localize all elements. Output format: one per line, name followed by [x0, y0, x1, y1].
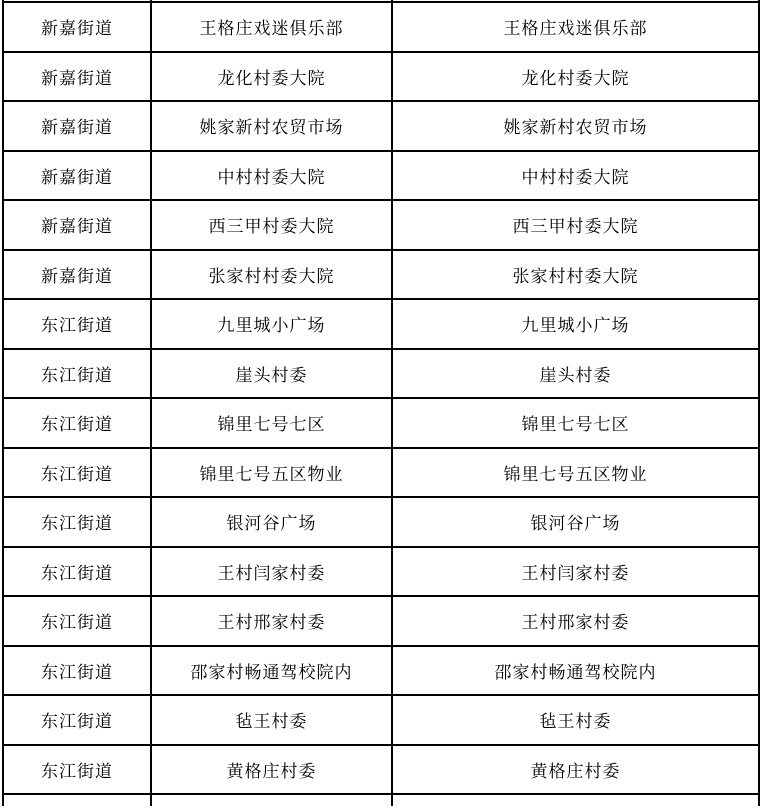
street-cell: 东江街道 [3, 299, 151, 349]
site-confirm-cell: 张家村村委大院 [392, 250, 759, 300]
site-confirm-cell: 黄格庄村委 [392, 745, 759, 795]
table-row: 东江街道银河谷广场银河谷广场 [3, 497, 759, 547]
street-cell: 新嘉街道 [3, 2, 151, 52]
site-cell: 毡王村委 [151, 695, 392, 745]
empty-cell [151, 794, 392, 806]
table-row: 东江街道毡王村委毡王村委 [3, 695, 759, 745]
table-body: 新嘉街道王格庄戏迷俱乐部王格庄戏迷俱乐部新嘉街道龙化村委大院龙化村委大院新嘉街道… [3, 0, 759, 806]
table-row: 新嘉街道龙化村委大院龙化村委大院 [3, 52, 759, 102]
table-row: 新嘉街道中村村委大院中村村委大院 [3, 151, 759, 201]
data-table: 新嘉街道王格庄戏迷俱乐部王格庄戏迷俱乐部新嘉街道龙化村委大院龙化村委大院新嘉街道… [2, 0, 760, 806]
table-row: 东江街道锦里七号五区物业锦里七号五区物业 [3, 448, 759, 498]
site-confirm-cell: 王格庄戏迷俱乐部 [392, 2, 759, 52]
site-cell: 西三甲村委大院 [151, 200, 392, 250]
site-cell: 银河谷广场 [151, 497, 392, 547]
table-row: 东江街道黄格庄村委黄格庄村委 [3, 745, 759, 795]
site-cell: 邵家村畅通驾校院内 [151, 646, 392, 696]
site-confirm-cell: 姚家新村农贸市场 [392, 101, 759, 151]
site-confirm-cell: 王村邢家村委 [392, 596, 759, 646]
site-cell: 姚家新村农贸市场 [151, 101, 392, 151]
empty-cell [392, 794, 759, 806]
site-confirm-cell: 中村村委大院 [392, 151, 759, 201]
table-row: 东江街道崖头村委崖头村委 [3, 349, 759, 399]
site-confirm-cell: 西三甲村委大院 [392, 200, 759, 250]
document-page: 新嘉街道王格庄戏迷俱乐部王格庄戏迷俱乐部新嘉街道龙化村委大院龙化村委大院新嘉街道… [0, 0, 764, 810]
street-cell: 东江街道 [3, 448, 151, 498]
site-confirm-cell: 王村闫家村委 [392, 547, 759, 597]
street-cell: 新嘉街道 [3, 151, 151, 201]
table-row: 东江街道锦里七号七区锦里七号七区 [3, 398, 759, 448]
street-cell: 东江街道 [3, 398, 151, 448]
street-cell: 东江街道 [3, 596, 151, 646]
street-cell: 东江街道 [3, 497, 151, 547]
site-confirm-cell: 崖头村委 [392, 349, 759, 399]
street-cell: 东江街道 [3, 646, 151, 696]
empty-cell [3, 794, 151, 806]
site-cell: 龙化村委大院 [151, 52, 392, 102]
site-cell: 锦里七号五区物业 [151, 448, 392, 498]
site-confirm-cell: 锦里七号五区物业 [392, 448, 759, 498]
partial-row-bottom [3, 794, 759, 806]
table-row: 东江街道王村邢家村委王村邢家村委 [3, 596, 759, 646]
site-cell: 王村邢家村委 [151, 596, 392, 646]
site-confirm-cell: 锦里七号七区 [392, 398, 759, 448]
table-row: 新嘉街道王格庄戏迷俱乐部王格庄戏迷俱乐部 [3, 2, 759, 52]
site-cell: 王村闫家村委 [151, 547, 392, 597]
street-cell: 东江街道 [3, 745, 151, 795]
site-confirm-cell: 龙化村委大院 [392, 52, 759, 102]
street-cell: 新嘉街道 [3, 200, 151, 250]
site-cell: 九里城小广场 [151, 299, 392, 349]
table-row: 东江街道邵家村畅通驾校院内邵家村畅通驾校院内 [3, 646, 759, 696]
site-confirm-cell: 邵家村畅通驾校院内 [392, 646, 759, 696]
street-cell: 东江街道 [3, 695, 151, 745]
street-cell: 东江街道 [3, 349, 151, 399]
street-cell: 东江街道 [3, 547, 151, 597]
site-confirm-cell: 毡王村委 [392, 695, 759, 745]
street-cell: 新嘉街道 [3, 101, 151, 151]
site-cell: 张家村村委大院 [151, 250, 392, 300]
table-row: 新嘉街道姚家新村农贸市场姚家新村农贸市场 [3, 101, 759, 151]
site-cell: 中村村委大院 [151, 151, 392, 201]
table-row: 东江街道九里城小广场九里城小广场 [3, 299, 759, 349]
site-confirm-cell: 九里城小广场 [392, 299, 759, 349]
site-cell: 崖头村委 [151, 349, 392, 399]
site-confirm-cell: 银河谷广场 [392, 497, 759, 547]
table-row: 东江街道王村闫家村委王村闫家村委 [3, 547, 759, 597]
table-row: 新嘉街道西三甲村委大院西三甲村委大院 [3, 200, 759, 250]
street-cell: 新嘉街道 [3, 52, 151, 102]
table-row: 新嘉街道张家村村委大院张家村村委大院 [3, 250, 759, 300]
site-cell: 黄格庄村委 [151, 745, 392, 795]
site-cell: 锦里七号七区 [151, 398, 392, 448]
site-cell: 王格庄戏迷俱乐部 [151, 2, 392, 52]
street-cell: 新嘉街道 [3, 250, 151, 300]
